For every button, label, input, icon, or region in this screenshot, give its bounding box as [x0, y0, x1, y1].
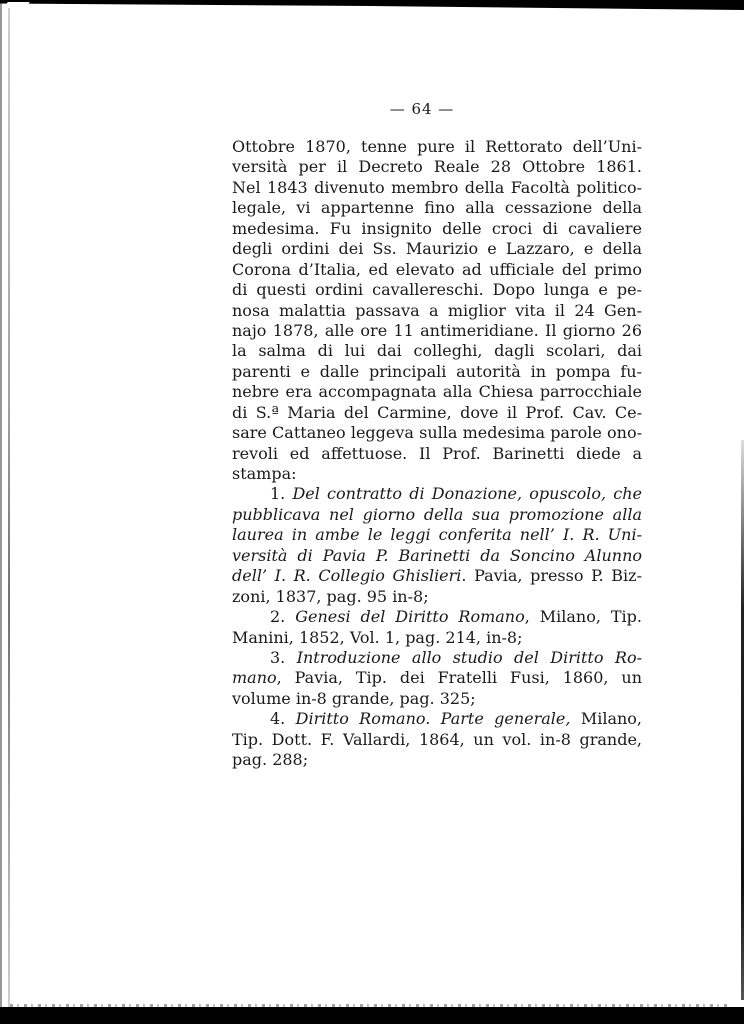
text-segment: 2.	[270, 607, 295, 626]
page-body-text: Ottobre 1870, tenne pure il Rettorato de…	[232, 137, 642, 771]
text-segment: di S.ª Maria del Carmine, dove il Prof. …	[232, 403, 642, 422]
page-number: — 64 —	[0, 100, 744, 118]
text-line: pag. 288;	[232, 750, 642, 770]
text-segment: 3.	[270, 648, 297, 667]
text-line: najo 1878, alle ore 11 antimeridiane. Il…	[232, 321, 642, 341]
scan-left-edge	[0, 0, 2, 1024]
italic-title-segment: versità di Pavia P. Barinetti da Soncino…	[232, 546, 642, 565]
italic-title-segment: laurea in ambe le leggi conferita nell’ …	[232, 525, 642, 544]
text-segment: revoli ed affettuose. Il Prof. Barinetti…	[232, 444, 642, 463]
italic-title-segment: Introduzione allo studio del Diritto Ro-	[297, 648, 642, 667]
text-segment: medesima. Fu insignito delle croci di ca…	[232, 219, 642, 238]
text-line: volume in-8 grande, pag. 325;	[232, 689, 642, 709]
text-segment: parenti e dalle principali autorità in p…	[232, 362, 642, 381]
text-segment: 1.	[270, 484, 292, 503]
text-segment: la salma di lui dai colleghi, dagli scol…	[232, 341, 642, 360]
text-segment: sare Cattaneo leggeva sulla medesima par…	[232, 423, 642, 442]
text-line: pubblicava nel giorno della sua promozio…	[232, 505, 642, 525]
text-segment: , Pavia, Tip. dei Fratelli Fusi, 1860, u…	[277, 668, 642, 687]
italic-title-segment: Diritto Romano. Parte generale,	[296, 709, 571, 728]
text-line: parenti e dalle principali autorità in p…	[232, 362, 642, 382]
text-line: revoli ed affettuose. Il Prof. Barinetti…	[232, 444, 642, 464]
text-segment: zoni, 1837, pag. 95 in-8;	[232, 587, 429, 606]
text-line: zoni, 1837, pag. 95 in-8;	[232, 587, 642, 607]
text-segment: di questi ordini cavallereschi. Dopo lun…	[232, 280, 642, 299]
text-segment: 4.	[270, 709, 296, 728]
scan-top-border	[0, 0, 744, 10]
text-line: versità di Pavia P. Barinetti da Soncino…	[232, 546, 642, 566]
text-line: di questi ordini cavallereschi. Dopo lun…	[232, 280, 642, 300]
text-segment: degli ordini dei Ss. Maurizio e Lazzaro,…	[232, 239, 642, 258]
text-line: 4. Diritto Romano. Parte generale, Milan…	[232, 709, 642, 729]
text-segment: Milano,	[570, 709, 642, 728]
text-line: Ottobre 1870, tenne pure il Rettorato de…	[232, 137, 642, 157]
text-line: Manini, 1852, Vol. 1, pag. 214, in-8;	[232, 628, 642, 648]
text-segment: pag. 288;	[232, 750, 308, 769]
text-segment: Corona d’Italia, ed elevato ad ufficiale…	[232, 260, 642, 279]
text-segment: nebre era accompagnata alla Chiesa parro…	[232, 382, 642, 401]
text-segment: versità per il Decreto Reale 28 Ottobre …	[232, 157, 642, 176]
scan-left-gutter	[8, 8, 10, 1008]
text-segment: . Pavia, presso P. Biz-	[461, 566, 642, 585]
italic-title-segment: Genesi del Diritto Romano	[295, 607, 525, 626]
text-segment: Manini, 1852, Vol. 1, pag. 214, in-8;	[232, 628, 523, 647]
text-segment: stampa:	[232, 464, 297, 483]
italic-title-segment: pubblicava nel giorno della sua promozio…	[232, 505, 642, 524]
text-line: mano, Pavia, Tip. dei Fratelli Fusi, 186…	[232, 668, 642, 688]
text-line: Nel 1843 divenuto membro della Facoltà p…	[232, 178, 642, 198]
text-segment: volume in-8 grande, pag. 325;	[232, 689, 476, 708]
scan-bottom-border	[0, 1007, 744, 1024]
text-segment: nosa malattia passava a miglior vita il …	[232, 301, 642, 320]
text-line: versità per il Decreto Reale 28 Ottobre …	[232, 157, 642, 177]
text-line: medesima. Fu insignito delle croci di ca…	[232, 219, 642, 239]
text-segment: Ottobre 1870, tenne pure il Rettorato de…	[232, 137, 642, 156]
text-line: stampa:	[232, 464, 642, 484]
text-segment: legale, vi appartenne fino alla cessazio…	[232, 198, 642, 217]
text-line: legale, vi appartenne fino alla cessazio…	[232, 198, 642, 218]
text-line: nebre era accompagnata alla Chiesa parro…	[232, 382, 642, 402]
italic-title-segment: mano	[232, 668, 277, 687]
text-line: 1. Del contratto di Donazione, opuscolo,…	[232, 484, 642, 504]
text-line: sare Cattaneo leggeva sulla medesima par…	[232, 423, 642, 443]
text-segment: Tip. Dott. F. Vallardi, 1864, un vol. in…	[232, 730, 642, 749]
text-line: dell’ I. R. Collegio Ghislieri. Pavia, p…	[232, 566, 642, 586]
text-line: Tip. Dott. F. Vallardi, 1864, un vol. in…	[232, 730, 642, 750]
italic-title-segment: dell’ I. R. Collegio Ghislieri	[232, 566, 461, 585]
italic-title-segment: Del contratto di Donazione, opuscolo, ch…	[292, 484, 642, 503]
text-line: 2. Genesi del Diritto Romano, Milano, Ti…	[232, 607, 642, 627]
text-line: di S.ª Maria del Carmine, dove il Prof. …	[232, 403, 642, 423]
text-line: la salma di lui dai colleghi, dagli scol…	[232, 341, 642, 361]
text-line: nosa malattia passava a miglior vita il …	[232, 301, 642, 321]
text-line: degli ordini dei Ss. Maurizio e Lazzaro,…	[232, 239, 642, 259]
text-segment: Nel 1843 divenuto membro della Facoltà p…	[232, 178, 642, 197]
text-line: 3. Introduzione allo studio del Diritto …	[232, 648, 642, 668]
text-segment: najo 1878, alle ore 11 antimeridiane. Il…	[232, 321, 642, 340]
text-segment: , Milano, Tip.	[525, 607, 642, 626]
text-line: laurea in ambe le leggi conferita nell’ …	[232, 525, 642, 545]
text-line: Corona d’Italia, ed elevato ad ufficiale…	[232, 260, 642, 280]
